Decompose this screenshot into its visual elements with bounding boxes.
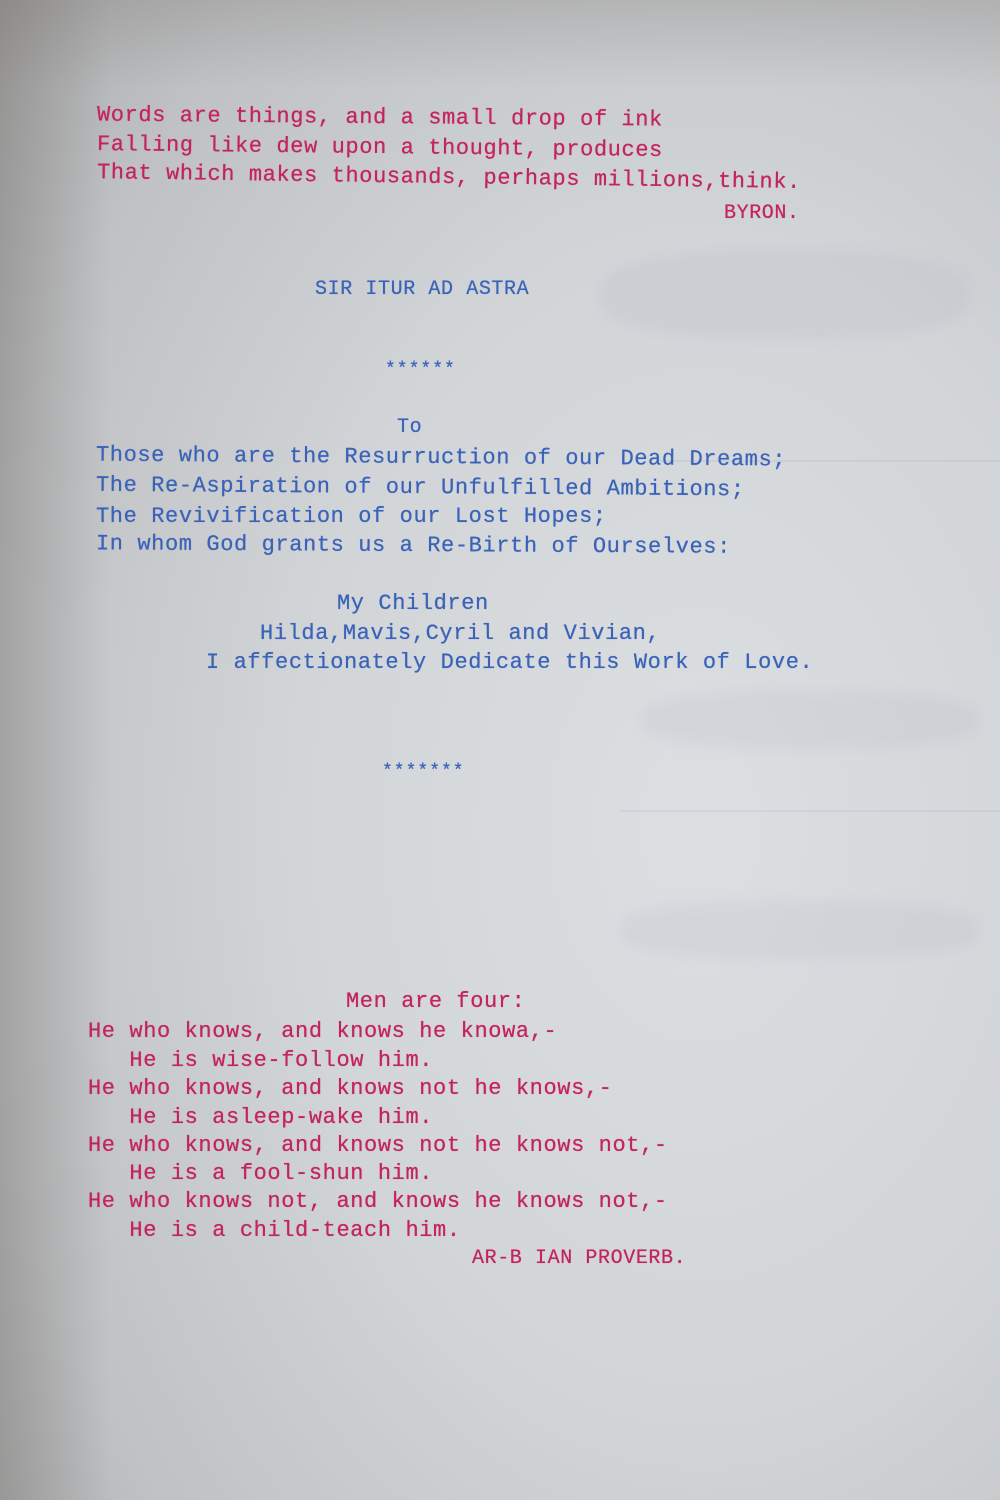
dedication-divider: ******* (382, 758, 465, 786)
dedication-closing: I affectionately Dedicate this Work of L… (206, 649, 813, 677)
epigraph-line: Words are things, and a small drop of in… (97, 102, 663, 135)
proverb-line: He is a child-teach him. (88, 1217, 461, 1245)
epigraph-attribution: BYRON. (724, 200, 800, 228)
show-through-blot (640, 690, 980, 750)
proverb-line: He is wise-follow him. (88, 1047, 433, 1075)
dedication-line: Those who are the Resurruction of our De… (96, 442, 786, 475)
proverb-line: He is asleep-wake him. (88, 1104, 433, 1132)
motto-title: SIR ITUR AD ASTRA (315, 276, 529, 304)
dedication-line: The Re-Aspiration of our Unfulfilled Amb… (96, 472, 745, 505)
proverb-line: He who knows, and knows he knowa,- (88, 1018, 557, 1046)
page-shadow-left (0, 0, 110, 1500)
motto-divider: ****** (385, 356, 456, 384)
show-through-blot (600, 250, 970, 340)
dedication-line: In whom God grants us a Re-Birth of Ours… (96, 530, 731, 561)
show-through-rule (620, 810, 1000, 812)
proverb-line: He who knows, and knows not he knows,- (88, 1075, 612, 1103)
proverb-attribution: AR-B IAN PROVERB. (472, 1245, 686, 1273)
epigraph-line: That which makes thousands, perhaps mill… (97, 159, 801, 197)
recipients-names: Hilda,Mavis,Cyril and Vivian, (260, 620, 660, 648)
dedication-line: The Revivification of our Lost Hopes; (96, 503, 607, 531)
proverb-line: He who knows not, and knows he knows not… (88, 1188, 668, 1216)
dedication-to: To (397, 414, 422, 442)
proverb-heading: Men are four: (346, 988, 525, 1016)
show-through-blot (620, 900, 980, 960)
recipients-heading: My Children (337, 590, 489, 618)
proverb-line: He is a fool-shun him. (88, 1160, 433, 1188)
proverb-line: He who knows, and knows not he knows not… (88, 1132, 668, 1160)
page-shadow-top (0, 0, 1000, 90)
